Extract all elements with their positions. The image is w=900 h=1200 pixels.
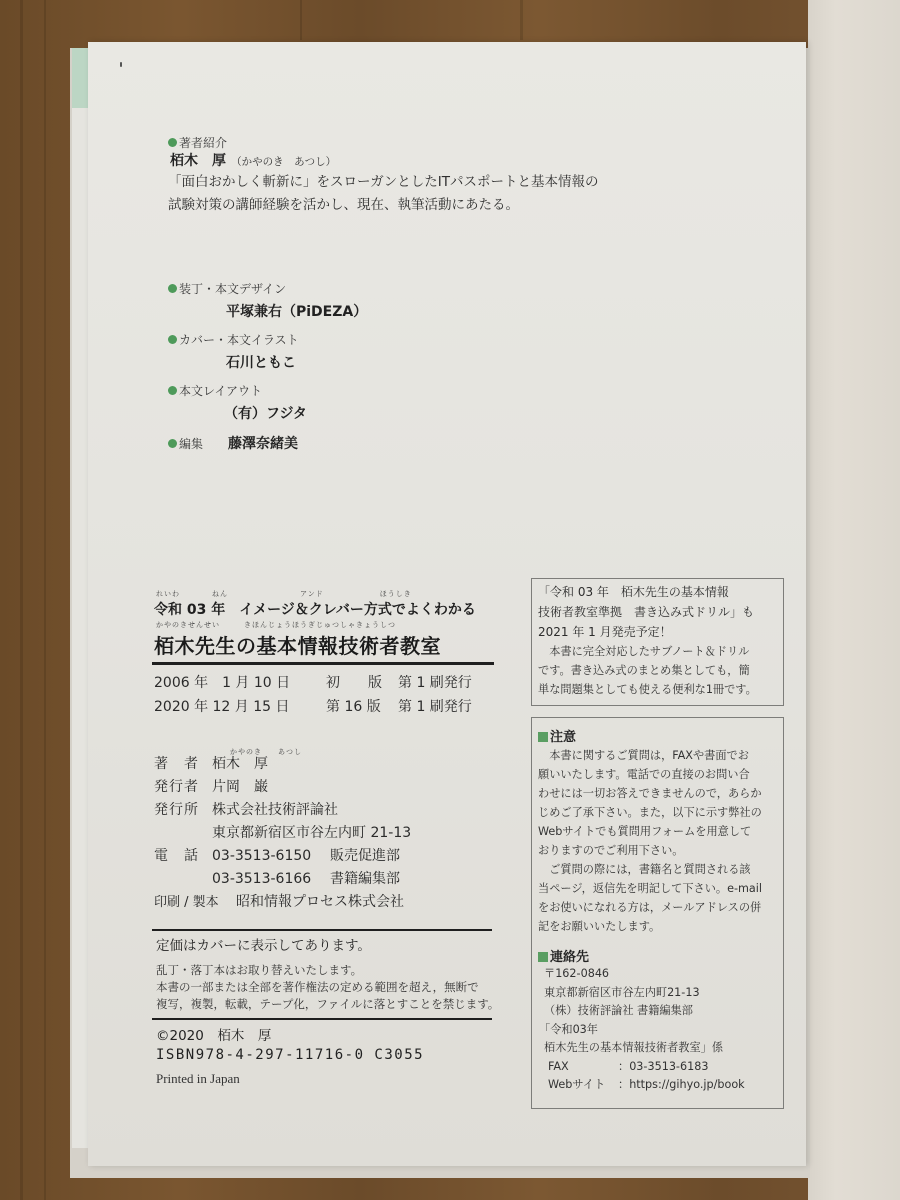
page-edge xyxy=(72,108,88,1148)
notice-contact-box: 注意 本書に関するご質問は，FAXや書面でお 願いいたします。電話での直接のお問… xyxy=(531,717,784,1109)
promo-line: です。書き込み式のまとめ集としても，簡 xyxy=(538,661,757,680)
credit-person: （有）フジタ xyxy=(224,403,307,423)
promo-line: 2021 年 1 月発売予定！ xyxy=(538,622,754,642)
colophon-printing: 印刷 / 製本 昭和情報プロセス株式会社 xyxy=(154,891,514,914)
contact-line: 「令和03年 xyxy=(539,1021,745,1040)
credit-design: 装丁・本文デザイン 平塚兼右（PiDEZA） xyxy=(168,280,367,321)
contact-body: 〒162-0846 東京都新宿区市谷左内町21-13 （株）技術評論社 書籍編集… xyxy=(544,965,745,1095)
wood-grain xyxy=(44,0,46,1200)
contact-department: （株）技術評論社 書籍編集部 xyxy=(544,1002,745,1021)
wood-grain xyxy=(300,0,302,40)
book-subtitle: 令和 03 年 イメージ＆クレバー方式でよくわかる xyxy=(154,599,476,619)
promo-line: 単な問題集としても使える便利な1冊です。 xyxy=(538,680,757,699)
edition-date: 2020 年 12 月 15 日 xyxy=(154,696,326,716)
notice-line: をお使いになれる方は，メールアドレスの併 xyxy=(538,898,762,917)
contact-web: Webサイト ：https://gihyo.jp/book xyxy=(544,1076,745,1095)
promo-line: 技術者教室準拠 書き込み式ドリル」も xyxy=(538,602,754,622)
edition-number: 第 16 版 xyxy=(326,696,398,716)
colophon-rule xyxy=(152,929,492,931)
legal-line: 本書の一部または全部を著作権法の定める範囲を超え，無断で xyxy=(156,979,506,996)
phone-dept: 販売促進部 xyxy=(330,845,400,868)
credit-role: 装丁・本文デザイン xyxy=(179,282,286,296)
value: 昭和情報プロセス株式会社 xyxy=(236,891,404,914)
edition-number: 初 版 xyxy=(326,672,398,692)
edition-row: 2006 年 1 月 10 日 初 版 第 1 刷発行 xyxy=(154,672,472,692)
value: 東京都新宿区市谷左内町 21-13 xyxy=(212,822,411,845)
legal-notes: 乱丁・落丁本はお取り替えいたします。 本書の一部または全部を著作権法の定める範囲… xyxy=(156,962,506,1013)
web-url: ：https://gihyo.jp/book xyxy=(618,1076,745,1095)
credit-role: カバー・本文イラスト xyxy=(179,333,299,347)
notice-heading: 注意 xyxy=(538,726,576,745)
title-ruby: かやのきせんせい きほんじょうほうぎじゅつしゃきょうしつ xyxy=(156,620,396,630)
wood-grain xyxy=(20,0,23,1200)
price-note: 定価はカバーに表示してあります。 xyxy=(156,934,371,954)
value: 株式会社技術評論社 xyxy=(212,799,338,822)
notice-line: おりますのでご利用下さい。 xyxy=(538,841,762,860)
copyright-line: ©2020 栢木 厚 xyxy=(156,1024,271,1044)
label: 著 者 xyxy=(154,753,212,776)
green-bullet-icon xyxy=(168,138,177,147)
notice-line: 当ページ，返信先を明記して下さい。e-mail xyxy=(538,879,762,898)
green-bullet-icon xyxy=(168,439,177,448)
phone-dept: 書籍編集部 xyxy=(330,868,400,891)
colophon-publisher: 発行者 片岡 巌 xyxy=(154,776,514,799)
label: 発行所 xyxy=(154,799,212,822)
edition-history: 2006 年 1 月 10 日 初 版 第 1 刷発行 2020 年 12 月 … xyxy=(154,672,472,716)
colophon-details: 著 者 栢木 厚 発行者 片岡 巌 発行所 株式会社技術評論社 東京都新宿区市谷… xyxy=(154,753,514,914)
printed-in-japan: Printed in Japan xyxy=(156,1071,240,1087)
notice-line: わせには一切お答えできませんので，あらか xyxy=(538,784,762,803)
fax-label: FAX xyxy=(544,1058,618,1077)
legal-line: 複写，複製，転載，テープ化，ファイルに落とすことを禁じます。 xyxy=(156,996,506,1013)
credit-person: 藤澤奈緒美 xyxy=(228,433,298,453)
green-bullet-icon xyxy=(168,335,177,344)
heading-text: 連絡先 xyxy=(550,950,589,965)
credit-editor: 編集 藤澤奈緒美 xyxy=(168,433,298,453)
credit-layout: 本文レイアウト （有）フジタ xyxy=(168,382,307,423)
colophon-phone-2: 03-3513-6166 書籍編集部 xyxy=(154,868,514,891)
fax-number: ：03-3513-6183 xyxy=(618,1058,708,1077)
promo-line: 本書に完全対応したサブノート＆ドリル xyxy=(538,642,757,661)
credit-illustration: カバー・本文イラスト 石川ともこ xyxy=(168,331,299,372)
author-profile-heading: 著者紹介 xyxy=(168,134,227,151)
credit-role: 編集 xyxy=(179,437,203,451)
notice-line: 本書に関するご質問は，FAXや書面でお xyxy=(538,746,762,765)
colophon-address: 東京都新宿区市谷左内町 21-13 xyxy=(154,822,514,845)
notice-line: Webサイトでも質問用フォームを用意して xyxy=(538,822,762,841)
promo-headline: 「令和 03 年 栢木先生の基本情報 技術者教室準拠 書き込み式ドリル」も 20… xyxy=(538,582,754,642)
promo-body: 本書に完全対応したサブノート＆ドリル です。書き込み式のまとめ集としても，簡 単… xyxy=(538,642,757,699)
isbn: ISBN978-4-297-11716-0 C3055 xyxy=(156,1047,424,1063)
green-divider-tab xyxy=(72,48,88,108)
adjacent-page xyxy=(808,0,900,1200)
contact-line: 栢木先生の基本情報技術者教室」係 xyxy=(544,1039,745,1058)
contact-fax: FAX ：03-3513-6183 xyxy=(544,1058,745,1077)
value: 片岡 巌 xyxy=(212,776,268,799)
heading-text: 著者紹介 xyxy=(179,136,227,150)
label: 電 話 xyxy=(154,845,212,868)
book-title: 栢木先生の基本情報技術者教室 xyxy=(154,630,441,659)
contact-postal: 〒162-0846 xyxy=(544,965,745,984)
edition-row: 2020 年 12 月 15 日 第 16 版 第 1 刷発行 xyxy=(154,696,472,716)
edition-date: 2006 年 1 月 10 日 xyxy=(154,672,326,692)
credit-role: 本文レイアウト xyxy=(179,384,262,398)
legal-rule xyxy=(152,1018,492,1020)
credit-person: 石川ともこ xyxy=(226,352,299,372)
heading-text: 注意 xyxy=(550,730,576,745)
green-square-icon xyxy=(538,952,548,962)
bio-line: 試験対策の講師経験を活かし、現在、執筆活動にあたる。 xyxy=(168,192,768,219)
colophon-phone-1: 電 話 03-3513-6150 販売促進部 xyxy=(154,845,514,868)
contact-heading: 連絡先 xyxy=(538,946,589,965)
wood-grain xyxy=(520,0,523,40)
notice-body: 本書に関するご質問は，FAXや書面でお 願いいたします。電話での直接のお問い合 … xyxy=(538,746,762,936)
title-rule xyxy=(152,662,494,665)
contact-address: 東京都新宿区市谷左内町21-13 xyxy=(544,984,745,1003)
paper-speck xyxy=(120,62,122,67)
legal-line: 乱丁・落丁本はお取り替えいたします。 xyxy=(156,962,506,979)
value: 栢木 厚 xyxy=(212,753,268,776)
notice-line: 願いいたします。電話での直接のお問い合 xyxy=(538,765,762,784)
web-label: Webサイト xyxy=(544,1076,618,1095)
edition-printing: 第 1 刷発行 xyxy=(398,672,472,692)
colophon-author: 著 者 栢木 厚 xyxy=(154,753,514,776)
promo-box: 「令和 03 年 栢木先生の基本情報 技術者教室準拠 書き込み式ドリル」も 20… xyxy=(531,578,784,706)
notice-line: ご質問の際には，書籍名と質問される該 xyxy=(538,860,762,879)
green-bullet-icon xyxy=(168,386,177,395)
label: 発行者 xyxy=(154,776,212,799)
phone-number: 03-3513-6166 xyxy=(212,868,330,891)
green-bullet-icon xyxy=(168,284,177,293)
label: 印刷 / 製本 xyxy=(154,891,236,914)
credit-person: 平塚兼右（PiDEZA） xyxy=(226,301,367,321)
colophon-page: 著者紹介 栢木 厚 （かやのき あつし） 「面白おかしく斬新に」をスローガンとし… xyxy=(88,42,806,1166)
notice-line: 記をお願いいたします。 xyxy=(538,917,762,936)
subtitle-ruby: れいわ ねん アンド ほうしき xyxy=(156,589,412,599)
colophon-company: 発行所 株式会社技術評論社 xyxy=(154,799,514,822)
phone-number: 03-3513-6150 xyxy=(212,845,330,868)
edition-printing: 第 1 刷発行 xyxy=(398,696,472,716)
promo-line: 「令和 03 年 栢木先生の基本情報 xyxy=(538,582,754,602)
green-square-icon xyxy=(538,732,548,742)
author-bio: 「面白おかしく斬新に」をスローガンとしたITパスポートと基本情報の 試験対策の講… xyxy=(168,156,768,219)
notice-line: じめご了承下さい。また，以下に示す弊社の xyxy=(538,803,762,822)
